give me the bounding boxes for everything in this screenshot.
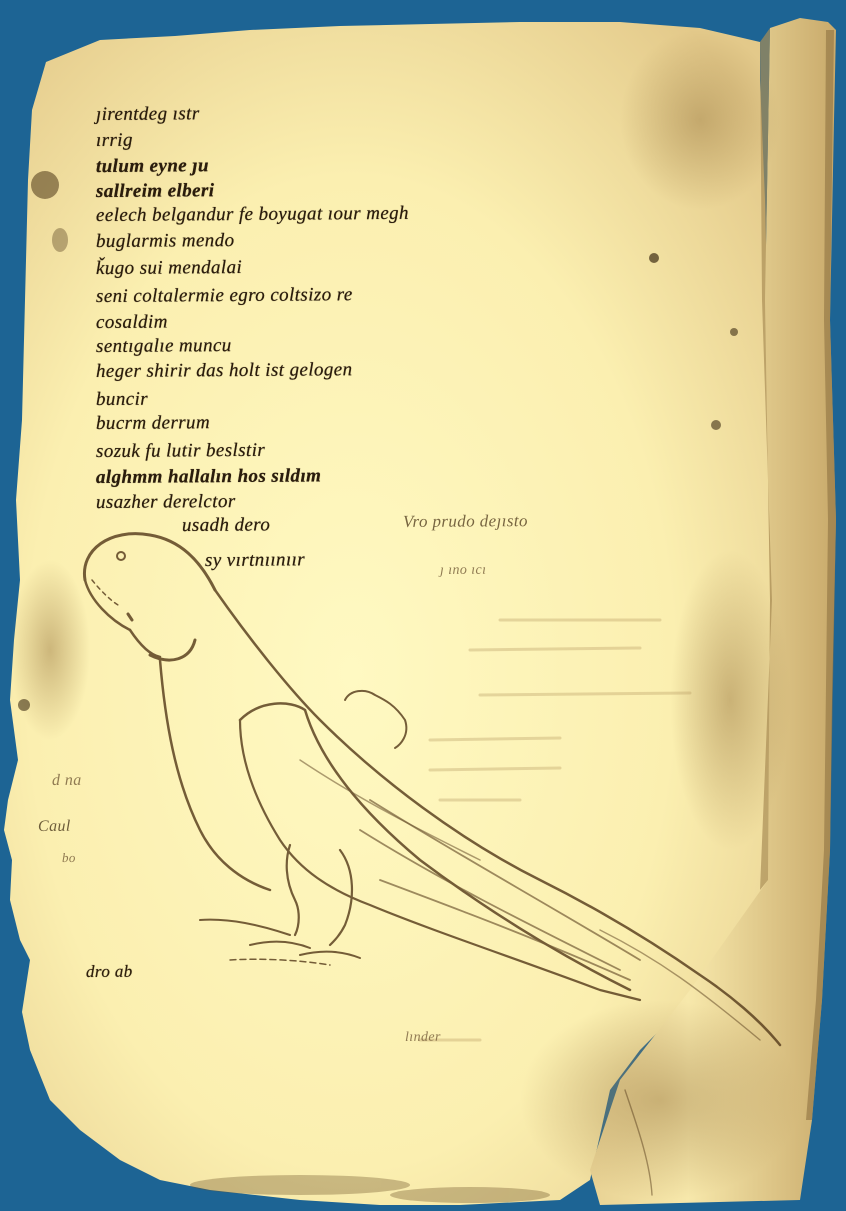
text-line: ırrig xyxy=(96,130,133,152)
text-line: ǩugo sui mendalai xyxy=(96,257,242,280)
text-line: seni coltalermie egro coltsizo re xyxy=(96,284,353,308)
text-line: heger shirir das holt ist gelogen xyxy=(96,359,353,383)
text-line: usadh dero xyxy=(182,514,270,537)
margin-note: bo xyxy=(62,850,76,866)
margin-note: dro ab xyxy=(86,962,133,982)
margin-note: d na xyxy=(52,772,82,790)
text-line: buglarmis mendo xyxy=(96,230,235,253)
text-line: ȷirentdeg ıstr xyxy=(96,103,200,126)
text-line: usazher derelctor xyxy=(96,491,236,514)
manuscript-page: ȷirentdeg ıstr ırrig tulum eyne ȷu sallr… xyxy=(0,0,846,1211)
text-line: sallreim elberi xyxy=(96,180,215,203)
side-note-line: Vro prudo deȷısto xyxy=(403,511,528,532)
text-line: alghmm hallalın hos sıldım xyxy=(96,465,321,489)
side-note-line: ȷ ıno ıcı xyxy=(440,563,486,579)
text-line: sentıgalıe muncu xyxy=(96,335,232,358)
text-line: buncir xyxy=(96,389,148,411)
text-line: eelech belgandur fe boyugat ıour megh xyxy=(96,203,409,227)
text-line: cosaldim xyxy=(96,311,168,334)
text-line: bucrm derrum xyxy=(96,412,210,435)
bottom-note: lınder xyxy=(405,1030,441,1046)
text-line: sozuk fu lutir beslstir xyxy=(96,440,265,463)
text-line: tulum eyne ȷu xyxy=(96,155,209,178)
margin-note: Caul xyxy=(38,818,71,836)
text-line: sy vırtnıınıır xyxy=(205,549,305,572)
